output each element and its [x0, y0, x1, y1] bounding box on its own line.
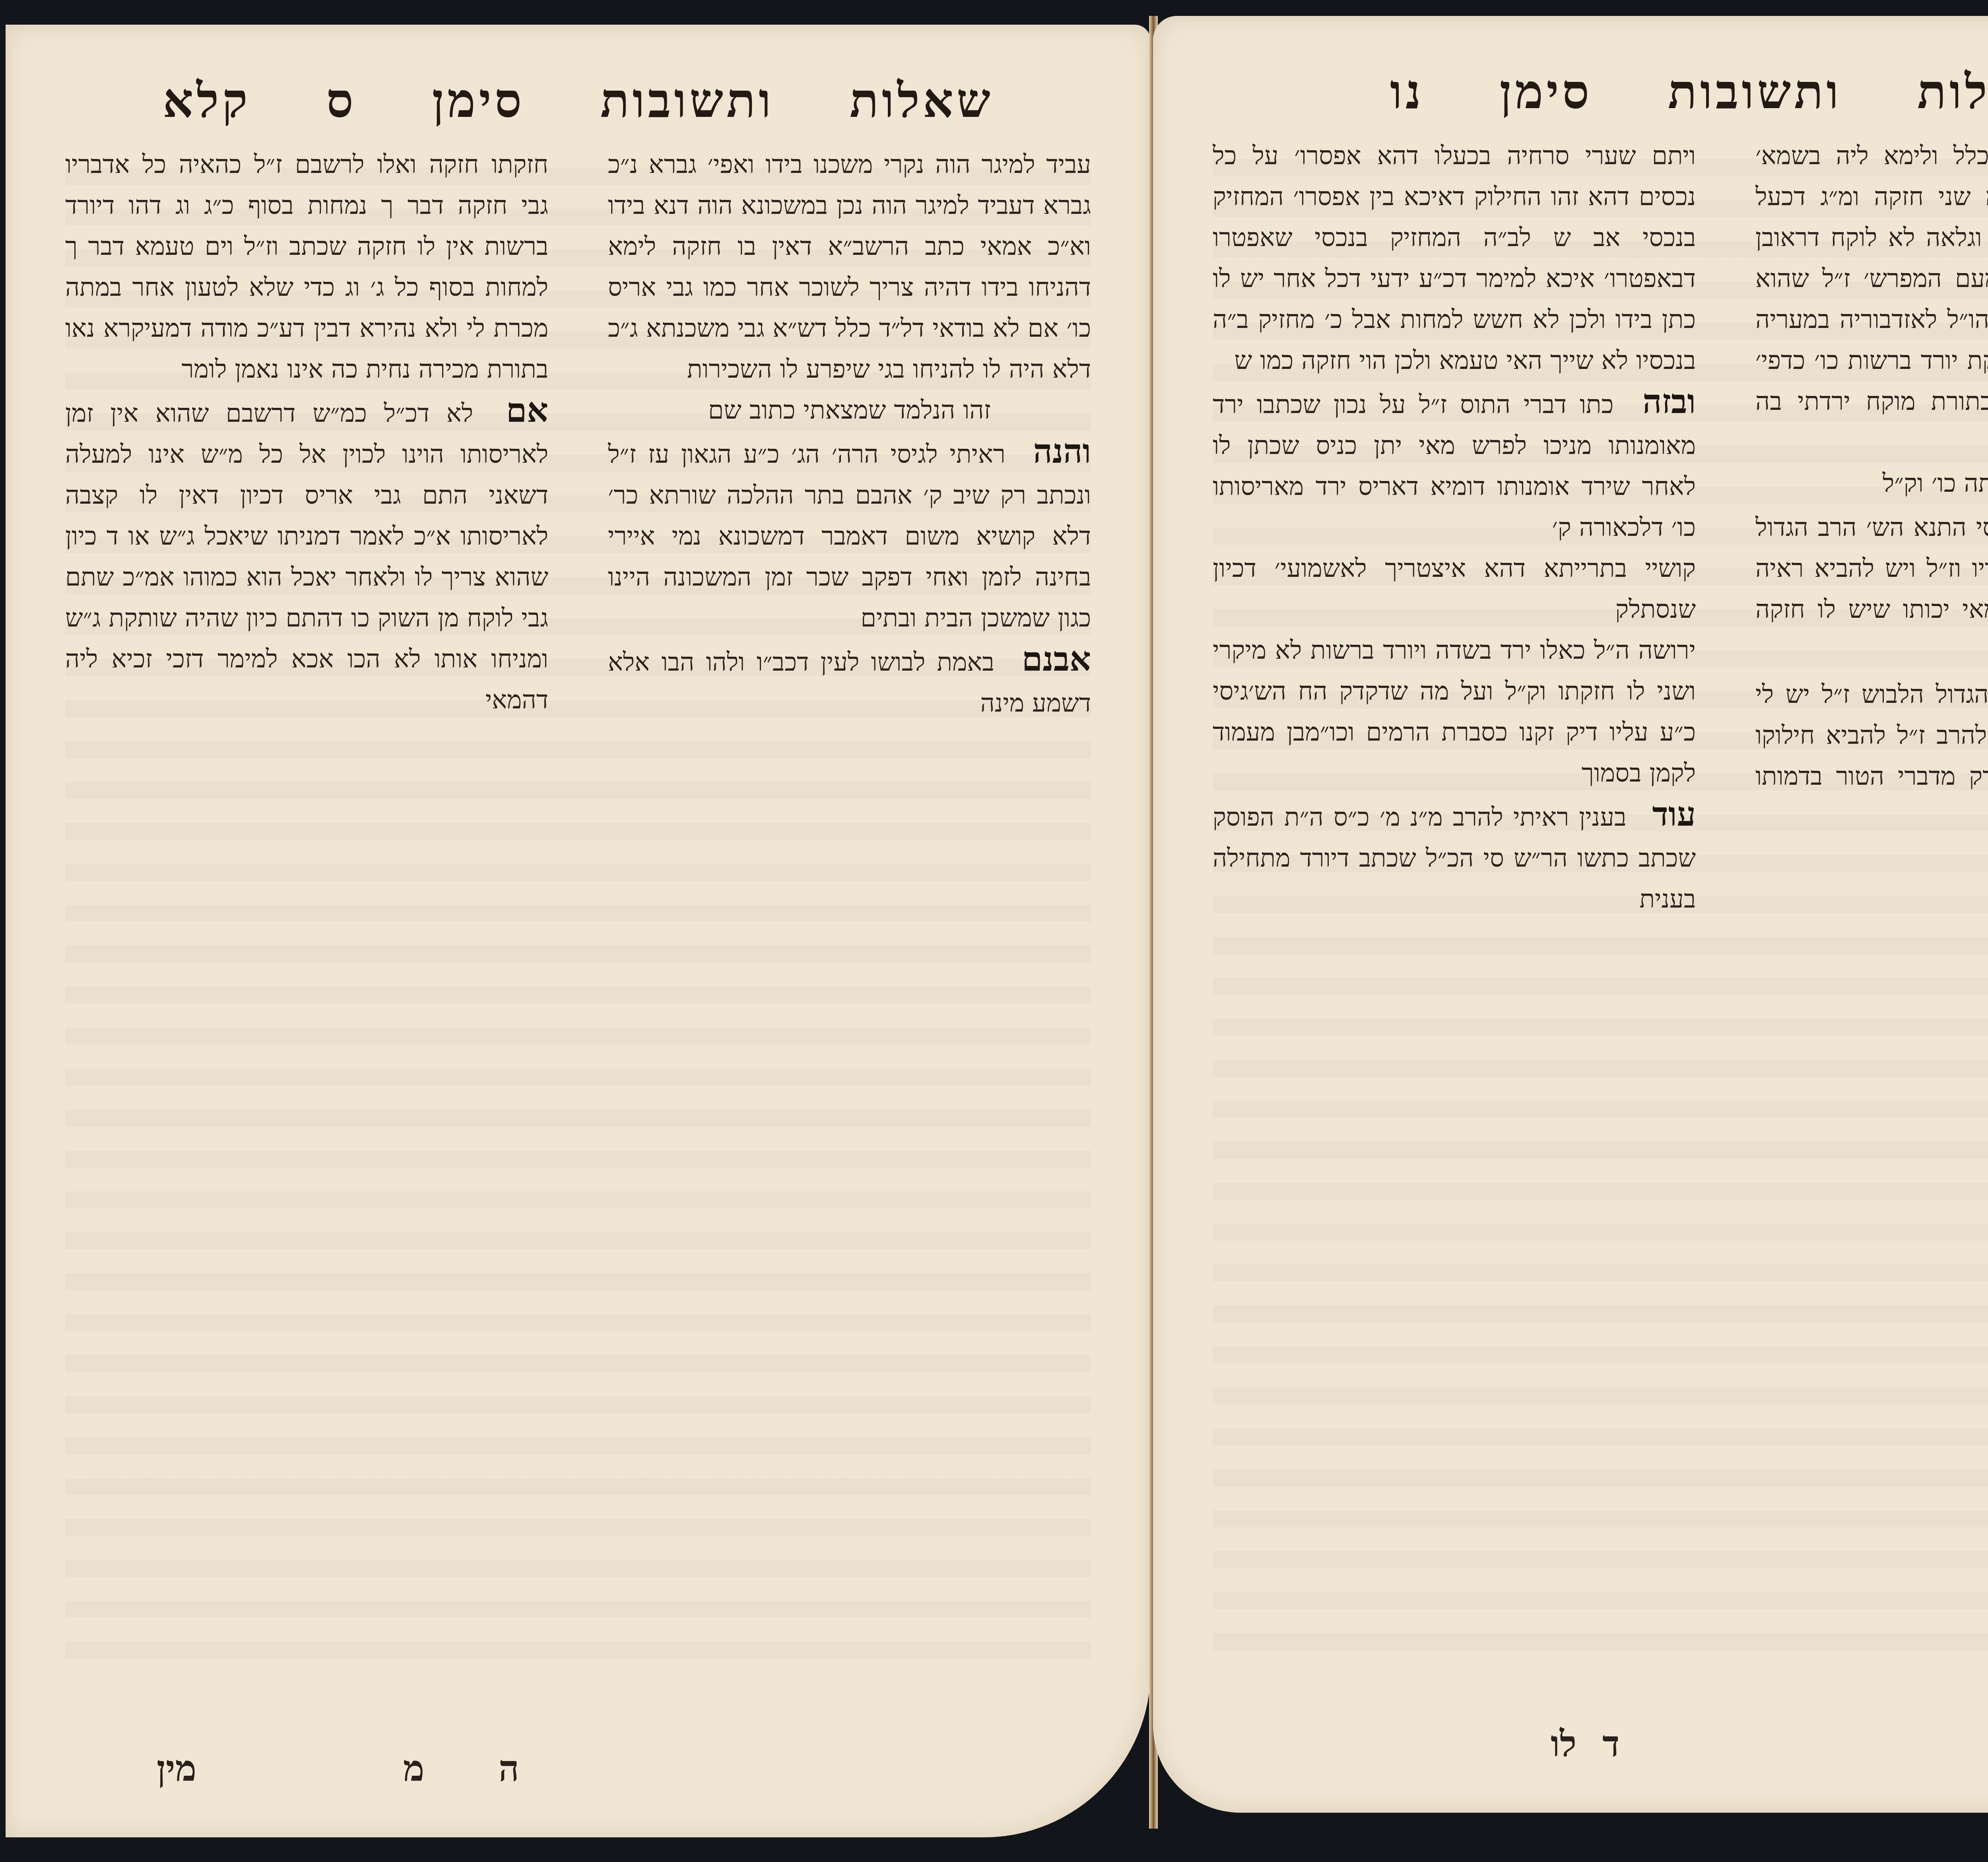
signature-mark: לו	[1551, 1723, 1576, 1765]
signature-mark: מ	[403, 1748, 424, 1790]
left-page-columns: עביד למיגר הוה נקרי משכנו בידו ואפי׳ גבר…	[65, 144, 1091, 1670]
section-paragraph: והנה כתוב בכימוקין גיסי התנא הש׳ הרב הגד…	[1755, 504, 1988, 671]
text-column-left: ויתם שערי סרחיה בכעלו דהא אפסרו׳ על כל נ…	[1213, 135, 1696, 1646]
section-heading-word: והנה	[1033, 431, 1091, 471]
section-heading-word: אם	[506, 390, 548, 430]
running-head-siman-number: ס	[326, 72, 356, 128]
section-text: כתוב בכימוקין גיסי התנא הש׳ הרב הגדול זק…	[1755, 513, 1988, 665]
right-page-columns: לא בתורת יורד ברשות כלל ולימא ליה בשמא׳ …	[1213, 135, 1988, 1646]
section-paragraph: עוד בענין ראיתי להרב מ״נ מ׳ כ״ס ה״ת הפוס…	[1213, 793, 1696, 919]
section-text: כתו דברי התוס ז״ל על נכון שכתבו ירד מאומ…	[1213, 390, 1696, 542]
section-text: דבדברי הרב הגדול הלבוש ז״ל יש לי להשתעשע…	[1755, 680, 1988, 832]
left-running-head: שאלות ותשובות סימן ס קלא	[6, 72, 1151, 128]
paragraph: ירושה ה״ל כאלו ירד בשדה ויורד ברשות לא מ…	[1213, 630, 1696, 793]
paragraph: ויתם שערי סרחיה בכעלו דהא אפסרו׳ על כל נ…	[1213, 135, 1696, 381]
running-head-title-2: ותשובות	[600, 72, 774, 128]
running-head-title-1: שאלות	[850, 72, 994, 128]
left-page: שאלות ותשובות סימן ס קלא עביד למיגר הוה …	[6, 25, 1151, 1837]
running-head-title-1: שאלות	[1917, 64, 1988, 120]
running-head-siman-number: נו	[1390, 64, 1424, 120]
running-head-siman-label: סימן	[432, 72, 524, 128]
section-paragraph: אם לא דכ״ל כמ״ש דרשבם שהוא אין זמן לאריס…	[65, 390, 548, 720]
centered-line: זהו הנלמד שמצאתי כתוב שם	[608, 390, 1091, 431]
section-paragraph: ובזה כתו דברי התוס ז״ל על נכון שכתבו ירד…	[1213, 381, 1696, 548]
signature-mark: ד	[1602, 1723, 1619, 1765]
section-heading-word: ובזה	[1642, 382, 1696, 421]
section-text: לא דכ״ל כמ״ש דרשבם שהוא אין זמן לאריסותו…	[65, 399, 548, 714]
running-head-title-2: ותשובות	[1668, 64, 1842, 120]
right-page: שאלות ותשובות סימן נו לא בתורת יורד ברשו…	[1153, 16, 1988, 1813]
section-heading-word: אבנם	[1022, 639, 1091, 679]
section-paragraph: והנה ראיתי לגיסי הרה׳ הג׳ כ״ע הגאון עז ז…	[608, 431, 1091, 638]
section-heading-word: עוד	[1652, 794, 1696, 834]
running-head-siman-label: סימן	[1500, 64, 1592, 120]
text-column-right: עביד למיגר הוה נקרי משכנו בידו ואפי׳ גבר…	[608, 144, 1091, 1670]
section-paragraph: ואיברא דבדברי הרב הגדול הלבוש ז״ל יש לי …	[1755, 671, 1988, 838]
folio-number: קלא	[163, 72, 250, 128]
centered-line: אמתי בכתובתה כו׳ וק״ל	[1755, 463, 1988, 504]
paragraph: קושיי בתרייתא דהא איצטריך לאשמועי׳ דכיון…	[1213, 548, 1696, 630]
signature-mark: ה	[499, 1748, 519, 1790]
paragraph: לא בתורת יורד ברשות כלל ולימא ליה בשמא׳ …	[1755, 135, 1988, 463]
paragraph: חזקתו חזקה ואלו לרשבם ז״ל כהאיה כל אדברי…	[65, 144, 548, 390]
section-text: ראיתי לגיסי הרה׳ הג׳ כ״ע הגאון עז ז״ל ונ…	[608, 440, 1091, 632]
paragraph: עביד למיגר הוה נקרי משכנו בידו ואפי׳ גבר…	[608, 144, 1091, 390]
right-running-head: שאלות ותשובות סימן נו	[1153, 64, 1988, 120]
text-column-right: לא בתורת יורד ברשות כלל ולימא ליה בשמא׳ …	[1755, 135, 1988, 1646]
catchword: מין	[157, 1748, 196, 1790]
text-column-left: חזקתו חזקה ואלו לרשבם ז״ל כהאיה כל אדברי…	[65, 144, 548, 1670]
section-text: בענין ראיתי להרב מ״נ מ׳ כ״ס ה״ת הפוסק שכ…	[1213, 803, 1696, 914]
section-text: באמת לבושו לעין דכב״ו ולהו הבו אלא דשמע …	[608, 648, 1091, 718]
section-paragraph: אבנם באמת לבושו לעין דכב״ו ולהו הבו אלא …	[608, 638, 1091, 723]
